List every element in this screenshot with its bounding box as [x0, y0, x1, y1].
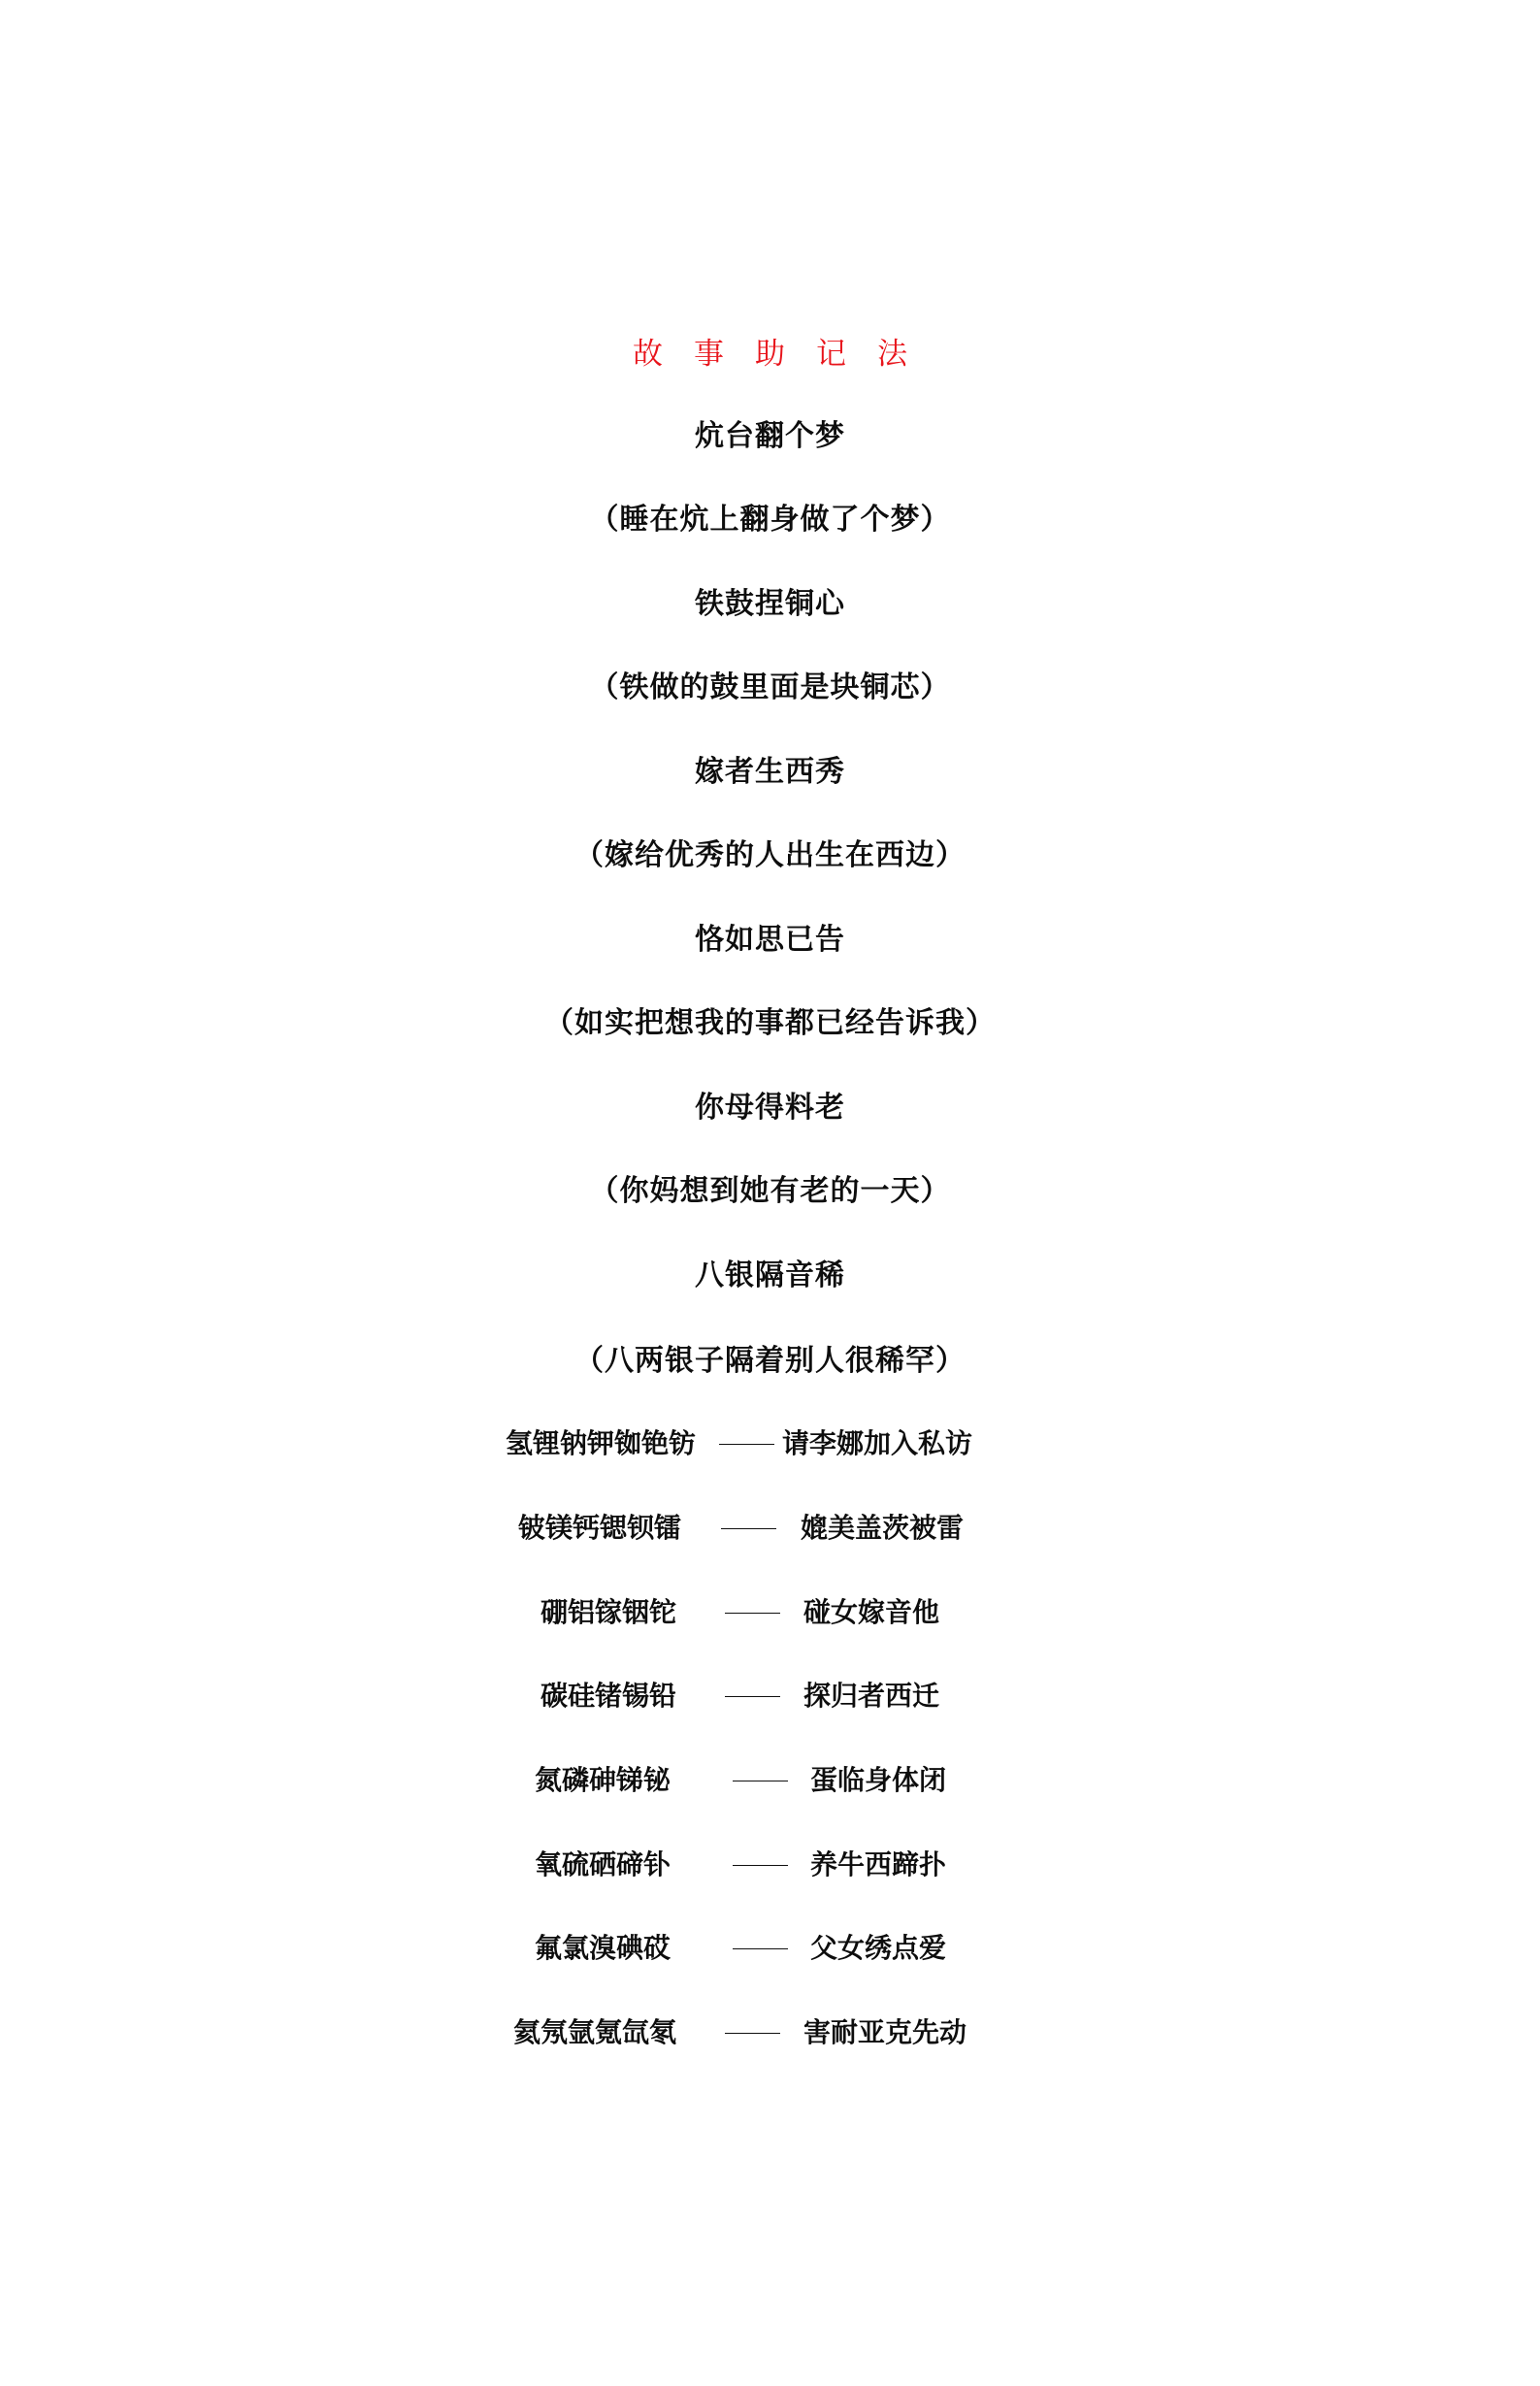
separator-dash — [721, 1528, 776, 1529]
mnemonic-explanation-2: （铁做的鼓里面是块铜芯） — [0, 669, 1540, 707]
element-mnemonic: 探归者西迁 — [803, 1677, 939, 1716]
document-page: 故事助记法 炕台翻个梦 （睡在炕上翻身做了个梦） 铁鼓捏铜心 （铁做的鼓里面是块… — [0, 0, 1540, 2386]
element-row-3: 硼铝镓铟铊 碰女嫁音他 — [0, 1593, 1540, 1632]
element-row-8: 氦氖氩氪氙氡 害耐亚克先动 — [0, 2013, 1540, 2052]
mnemonic-phrase-6: 八银隔音稀 — [0, 1257, 1540, 1295]
page-title: 故事助记法 — [0, 334, 1540, 375]
element-mnemonic: 养牛西蹄扑 — [810, 1846, 946, 1884]
separator-dash — [725, 1613, 780, 1614]
element-mnemonic: 蛋临身体闭 — [810, 1761, 946, 1800]
element-row-2: 铍镁钙锶钡镭 媲美盖茨被雷 — [0, 1509, 1540, 1548]
separator-dash — [725, 2033, 780, 2034]
mnemonic-explanation-3: （嫁给优秀的人出生在西边） — [0, 836, 1540, 875]
separator-dash — [719, 1444, 774, 1445]
element-row-5: 氮磷砷锑铋 蛋临身体闭 — [0, 1761, 1540, 1800]
element-mnemonic: 害耐亚克先动 — [803, 2013, 967, 2052]
mnemonic-phrase-5: 你母得料老 — [0, 1089, 1540, 1128]
mnemonic-explanation-1: （睡在炕上翻身做了个梦） — [0, 501, 1540, 539]
mnemonic-phrase-4: 恪如思已告 — [0, 921, 1540, 960]
element-list: 铍镁钙锶钡镭 — [518, 1509, 681, 1548]
element-list: 氦氖氩氪氙氡 — [513, 2013, 676, 2052]
element-row-4: 碳硅锗锡铅 探归者西迁 — [0, 1677, 1540, 1716]
separator-dash — [733, 1865, 788, 1866]
element-mnemonic: 媲美盖茨被雷 — [801, 1509, 964, 1548]
mnemonic-explanation-5: （你妈想到她有老的一天） — [0, 1172, 1540, 1211]
element-mnemonic: 父女绣点爱 — [810, 1929, 946, 1968]
element-list: 氟氯溴碘砹 — [535, 1929, 671, 1968]
element-row-7: 氟氯溴碘砹 父女绣点爱 — [0, 1929, 1540, 1968]
element-list: 氧硫硒碲钋 — [535, 1846, 671, 1884]
element-mnemonic: 请李娜加入私访 — [782, 1424, 972, 1463]
element-mnemonic: 碰女嫁音他 — [803, 1593, 939, 1632]
mnemonic-phrase-3: 嫁者生西秀 — [0, 753, 1540, 792]
element-list: 氢锂钠钾铷铯钫 — [506, 1424, 696, 1463]
element-list: 硼铝镓铟铊 — [541, 1593, 676, 1632]
mnemonic-explanation-4: （如实把想我的事都已经告诉我） — [0, 1004, 1540, 1043]
element-row-1: 氢锂钠钾铷铯钫 请李娜加入私访 — [0, 1424, 1540, 1463]
separator-dash — [733, 1781, 788, 1781]
element-list: 氮磷砷锑铋 — [535, 1761, 671, 1800]
mnemonic-explanation-6: （八两银子隔着别人很稀罕） — [0, 1342, 1540, 1381]
mnemonic-phrase-1: 炕台翻个梦 — [0, 417, 1540, 456]
separator-dash — [725, 1696, 780, 1697]
separator-dash — [733, 1948, 788, 1949]
element-list: 碳硅锗锡铅 — [541, 1677, 676, 1716]
element-row-6: 氧硫硒碲钋 养牛西蹄扑 — [0, 1846, 1540, 1884]
mnemonic-phrase-2: 铁鼓捏铜心 — [0, 585, 1540, 624]
